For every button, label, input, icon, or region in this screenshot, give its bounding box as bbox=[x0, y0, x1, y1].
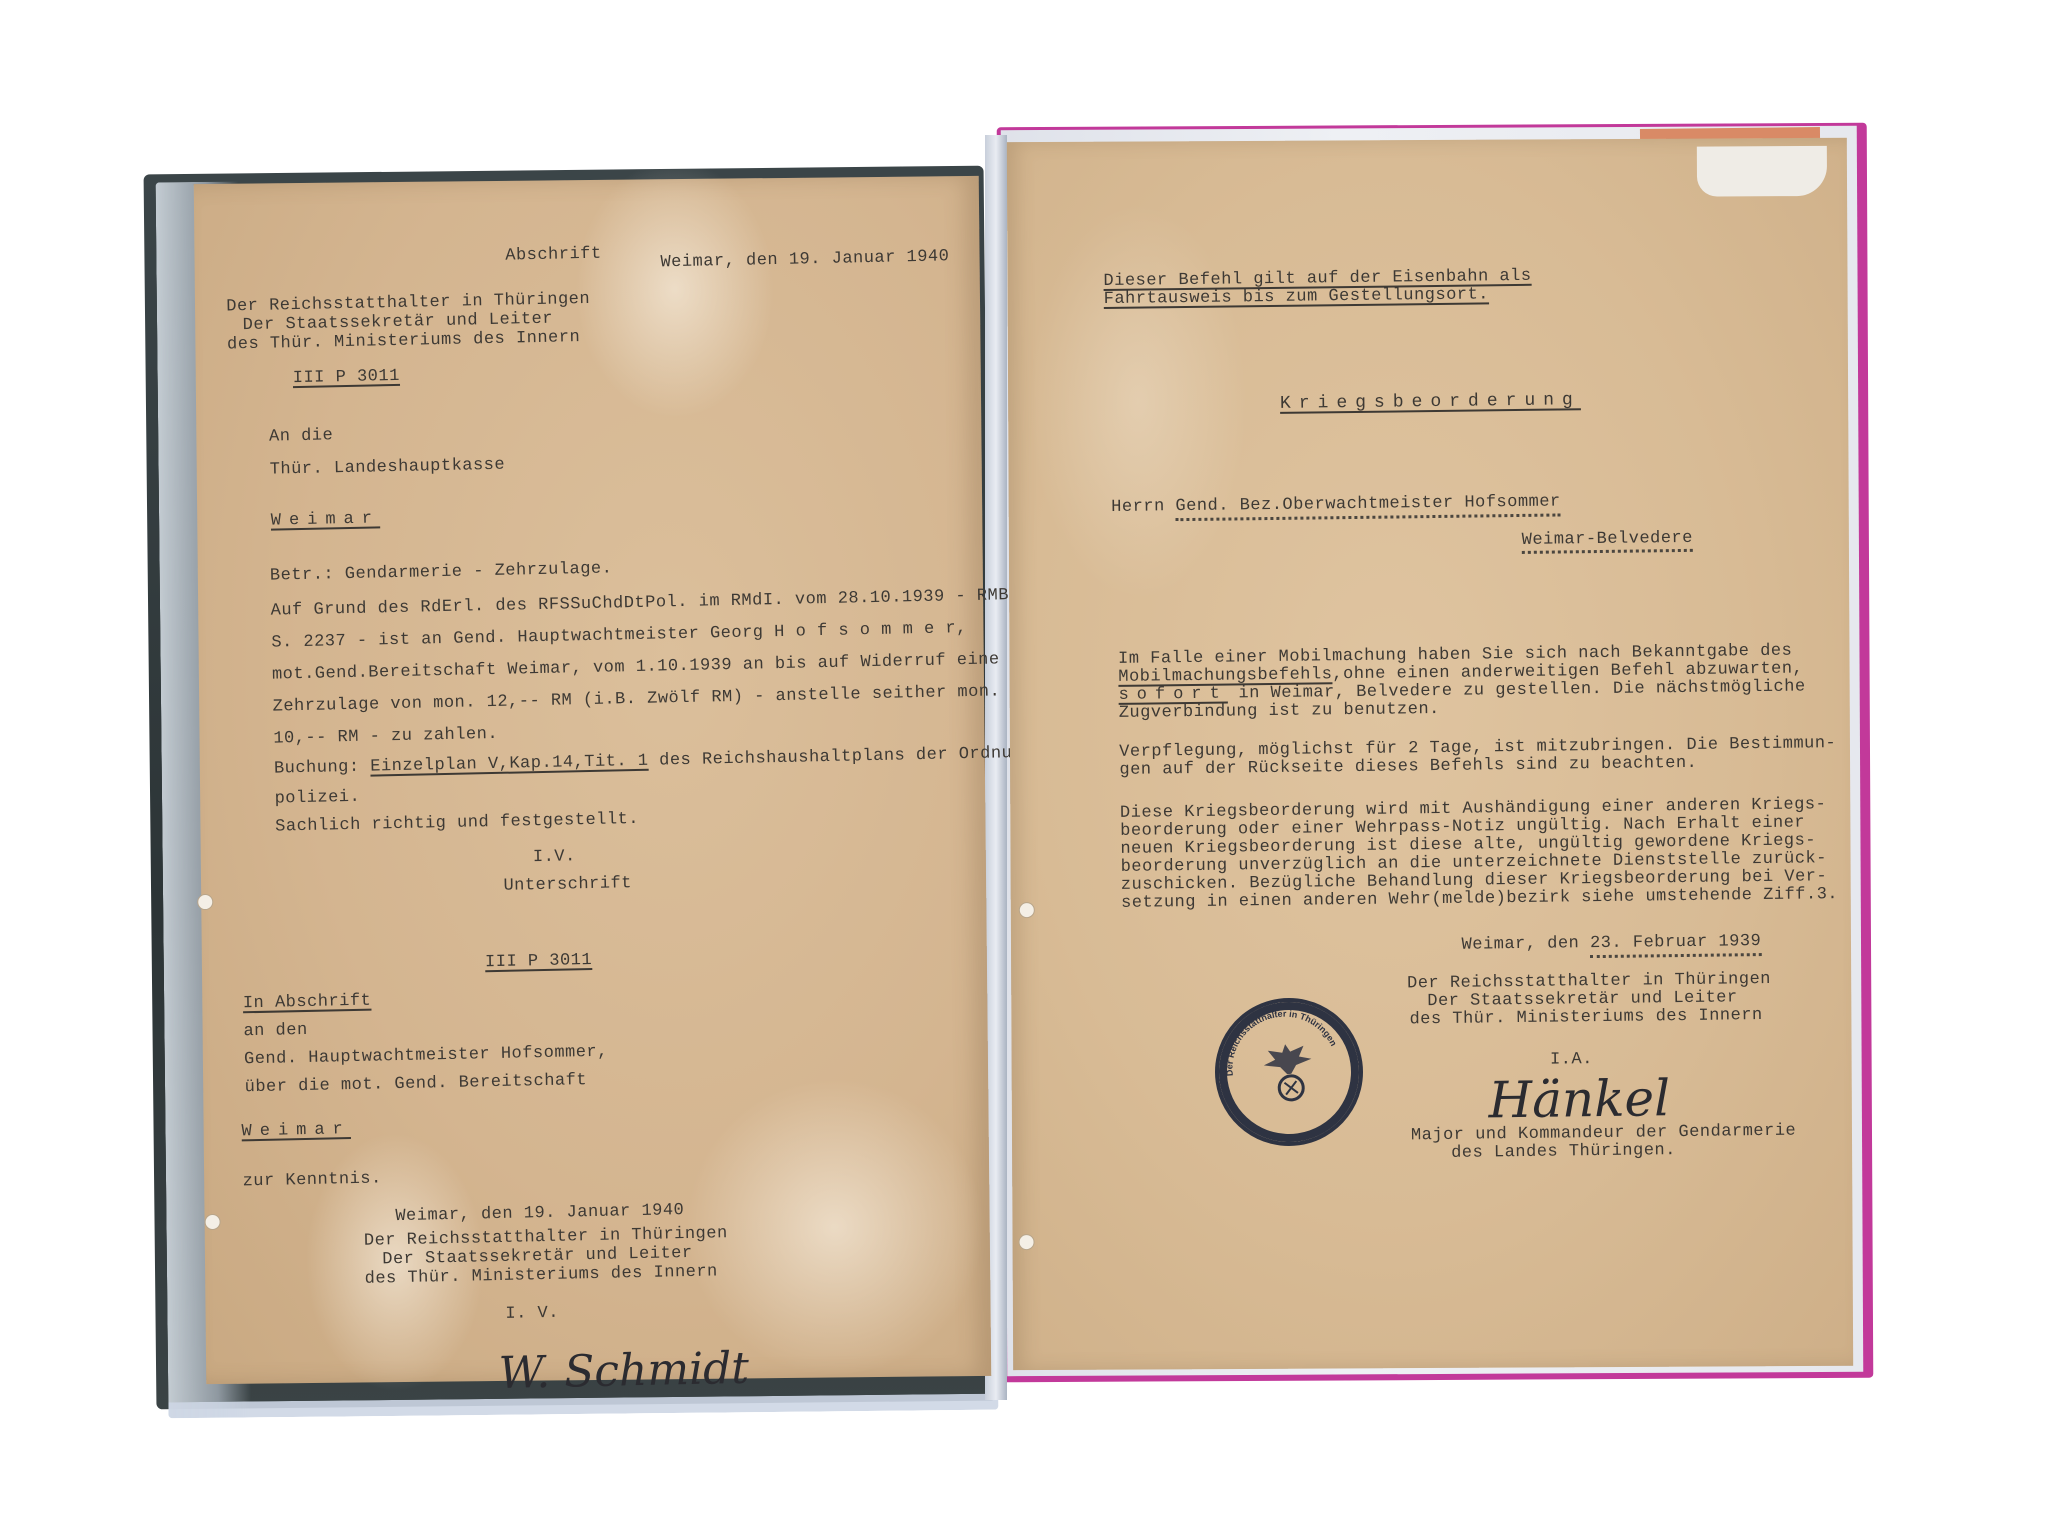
booking-continuation: polizei. bbox=[274, 789, 360, 808]
ia-label: I.A. bbox=[1550, 1051, 1593, 1069]
sender-line-3: des Thür. Ministeriums des Innern bbox=[1409, 1007, 1762, 1028]
signer-title-2: des Landes Thüringen. bbox=[1451, 1142, 1676, 1162]
rail-notice-2: Fahrtausweis bis zum Gestellungsort. bbox=[1104, 286, 1489, 308]
booking-reference: Einzelplan V,Kap.14,Tit. 1 bbox=[370, 752, 649, 777]
para1-line-4: Zugverbindung ist zu benutzen. bbox=[1119, 701, 1440, 722]
signature-placeholder: Unterschrift bbox=[503, 875, 632, 895]
recipient-line-2: Thür. Landeshauptkasse bbox=[270, 457, 506, 479]
document-title: Kriegsbeorderung bbox=[1280, 391, 1581, 413]
svg-text:Der Reichsstatthalter in Thüri: Der Reichsstatthalter in Thüringen bbox=[1217, 1001, 1342, 1077]
recipient-city: Weimar bbox=[271, 510, 381, 529]
addressee-line: Herrn Gend. Bez.Oberwachtmeister Hofsomm… bbox=[1111, 493, 1561, 515]
addressee-name: Gend. Bez.Oberwachtmeister Hofsommer bbox=[1175, 492, 1561, 521]
booking-label: Buchung: bbox=[274, 758, 371, 779]
copy-to-line-3: über die mot. Gend. Bereitschaft bbox=[244, 1072, 587, 1096]
addressee-location: Weimar-Belvedere bbox=[1522, 530, 1693, 554]
for-information: zur Kenntnis. bbox=[242, 1170, 381, 1190]
body-line-4: Zehrzulage von mon. 12,-- RM (i.B. Zwölf… bbox=[273, 683, 1001, 715]
footer-date: Weimar, den 19. Januar 1940 bbox=[395, 1202, 684, 1225]
iv-label-2: I. V. bbox=[505, 1305, 559, 1323]
subject-line: Betr.: Gendarmerie - Zehrzulage. bbox=[270, 560, 613, 584]
issue-date-line: Weimar, den 23. Februar 1939 bbox=[1462, 933, 1762, 954]
body-line-5: 10,-- RM - zu zahlen. bbox=[273, 726, 498, 748]
document-page-left: Abschrift Weimar, den 19. Januar 1940 De… bbox=[194, 176, 992, 1384]
body-line-3: mot.Gend.Bereitschaft Weimar, vom 1.10.1… bbox=[272, 651, 1000, 683]
letter-date: Weimar, den 19. Januar 1940 bbox=[660, 248, 949, 271]
document-page-right: Dieser Befehl gilt auf der Eisenbahn als… bbox=[1007, 138, 1853, 1370]
copy-to-line-2: Gend. Hauptwachtmeister Hofsommer, bbox=[244, 1044, 608, 1069]
reference-number-2: III P 3011 bbox=[485, 952, 592, 971]
recipient-line-1: An die bbox=[269, 427, 334, 445]
copy-to-line-1: an den bbox=[243, 1022, 308, 1040]
iv-label: I.V. bbox=[533, 848, 576, 866]
issue-date-prefix: Weimar, den bbox=[1462, 934, 1591, 955]
stamp-ring-text: Der Reichsstatthalter in Thüringen bbox=[1210, 994, 1359, 1143]
body-line-2: S. 2237 - ist an Gend. Hauptwachtmeister… bbox=[271, 620, 967, 652]
issue-date-value: 23. Februar 1939 bbox=[1590, 932, 1762, 958]
reference-number: III P 3011 bbox=[293, 368, 400, 387]
copy-city: Weimar bbox=[241, 1121, 351, 1140]
certification-line: Sachlich richtig und festgestellt. bbox=[275, 811, 639, 836]
copy-heading: In Abschrift bbox=[243, 993, 372, 1013]
body-line-1: Auf Grund des RdErl. des RFSSuChdDtPol. … bbox=[271, 586, 1052, 619]
booking-line: Buchung: Einzelplan V,Kap.14,Tit. 1 des … bbox=[274, 744, 1055, 777]
handwritten-signature: W. Schmidt bbox=[498, 1343, 749, 1399]
handwritten-signature: Hänkel bbox=[1488, 1069, 1670, 1129]
addressee-prefix: Herrn bbox=[1111, 497, 1175, 517]
copy-note: Abschrift bbox=[505, 246, 602, 265]
